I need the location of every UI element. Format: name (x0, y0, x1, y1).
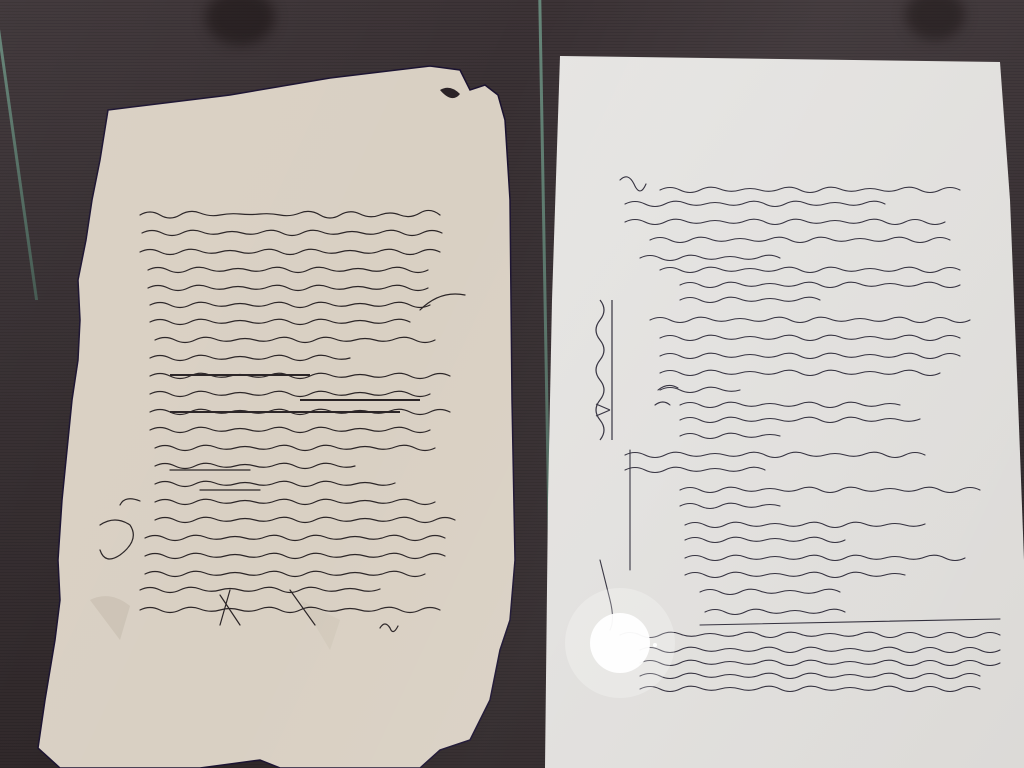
right-page-paper (0, 0, 1024, 768)
manuscript-page-right: Handwritten manuscript page (right) (0, 0, 1024, 768)
display-case-background: Photograph of two handwritten manuscript… (0, 0, 1024, 768)
